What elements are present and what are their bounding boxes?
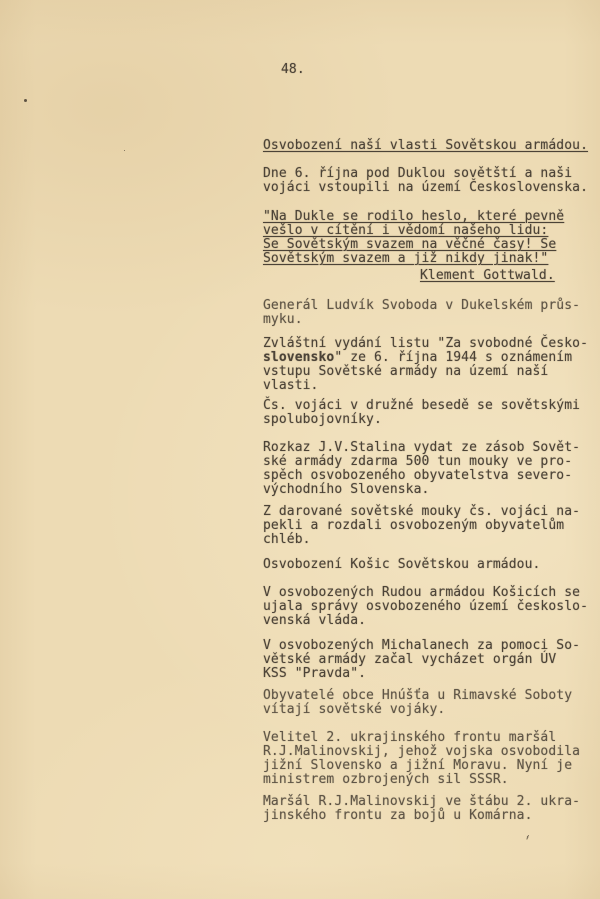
caption-mouka: Z darované sovětské mouky čs. vojáci na-…	[263, 505, 580, 547]
caption-svoboda: Generál Ludvík Svoboda v Dukelském průs-…	[263, 299, 580, 327]
caption-rozkaz: Rozkaz J.V.Stalina vydat ze zásob Sovět-…	[263, 441, 580, 497]
typewritten-document-page: 48. Osvobození naší vlasti Sovětskou arm…	[0, 0, 600, 899]
caption-beseda: Čs. vojáci v družné besedě se sovětskými…	[263, 399, 580, 427]
caption-zvlastni: Zvláštní vydání listu "Za svobodné Česko…	[263, 337, 588, 393]
quote-block: "Na Dukle se rodilo heslo, které pevně v…	[263, 210, 564, 266]
quote-author: Klement Gottwald.	[420, 269, 555, 283]
document-heading: Osvobození naší vlasti Sovětskou armádou…	[263, 139, 588, 153]
caption-hnusta: Obyvatelé obce Hnúšťa u Rimavské Soboty …	[263, 689, 572, 717]
paper-speck	[24, 99, 27, 102]
caption-vlada: V osvobozených Rudou armádou Košicích se…	[263, 586, 588, 628]
caption-zvlastni-pre: Zvláštní vydání listu "Za svobodné Česko…	[263, 336, 588, 351]
caption-zvlastni-bold: slovensko	[263, 350, 334, 365]
caption-velitel: Velitel 2. ukrajinského frontu maršál R.…	[263, 731, 580, 787]
stray-ink-mark: ,	[524, 827, 531, 841]
paragraph-intro: Dne 6. října pod Duklou sovětští a naši …	[263, 167, 588, 195]
page-number: 48.	[281, 63, 305, 77]
caption-kosice: Osvobození Košic Sovětskou armádou.	[263, 558, 540, 572]
caption-stab: Maršál R.J.Malinovskij ve štábu 2. ukra-…	[263, 795, 580, 823]
caption-pravda: V osvobozených Michalanech za pomoci So-…	[263, 639, 580, 681]
